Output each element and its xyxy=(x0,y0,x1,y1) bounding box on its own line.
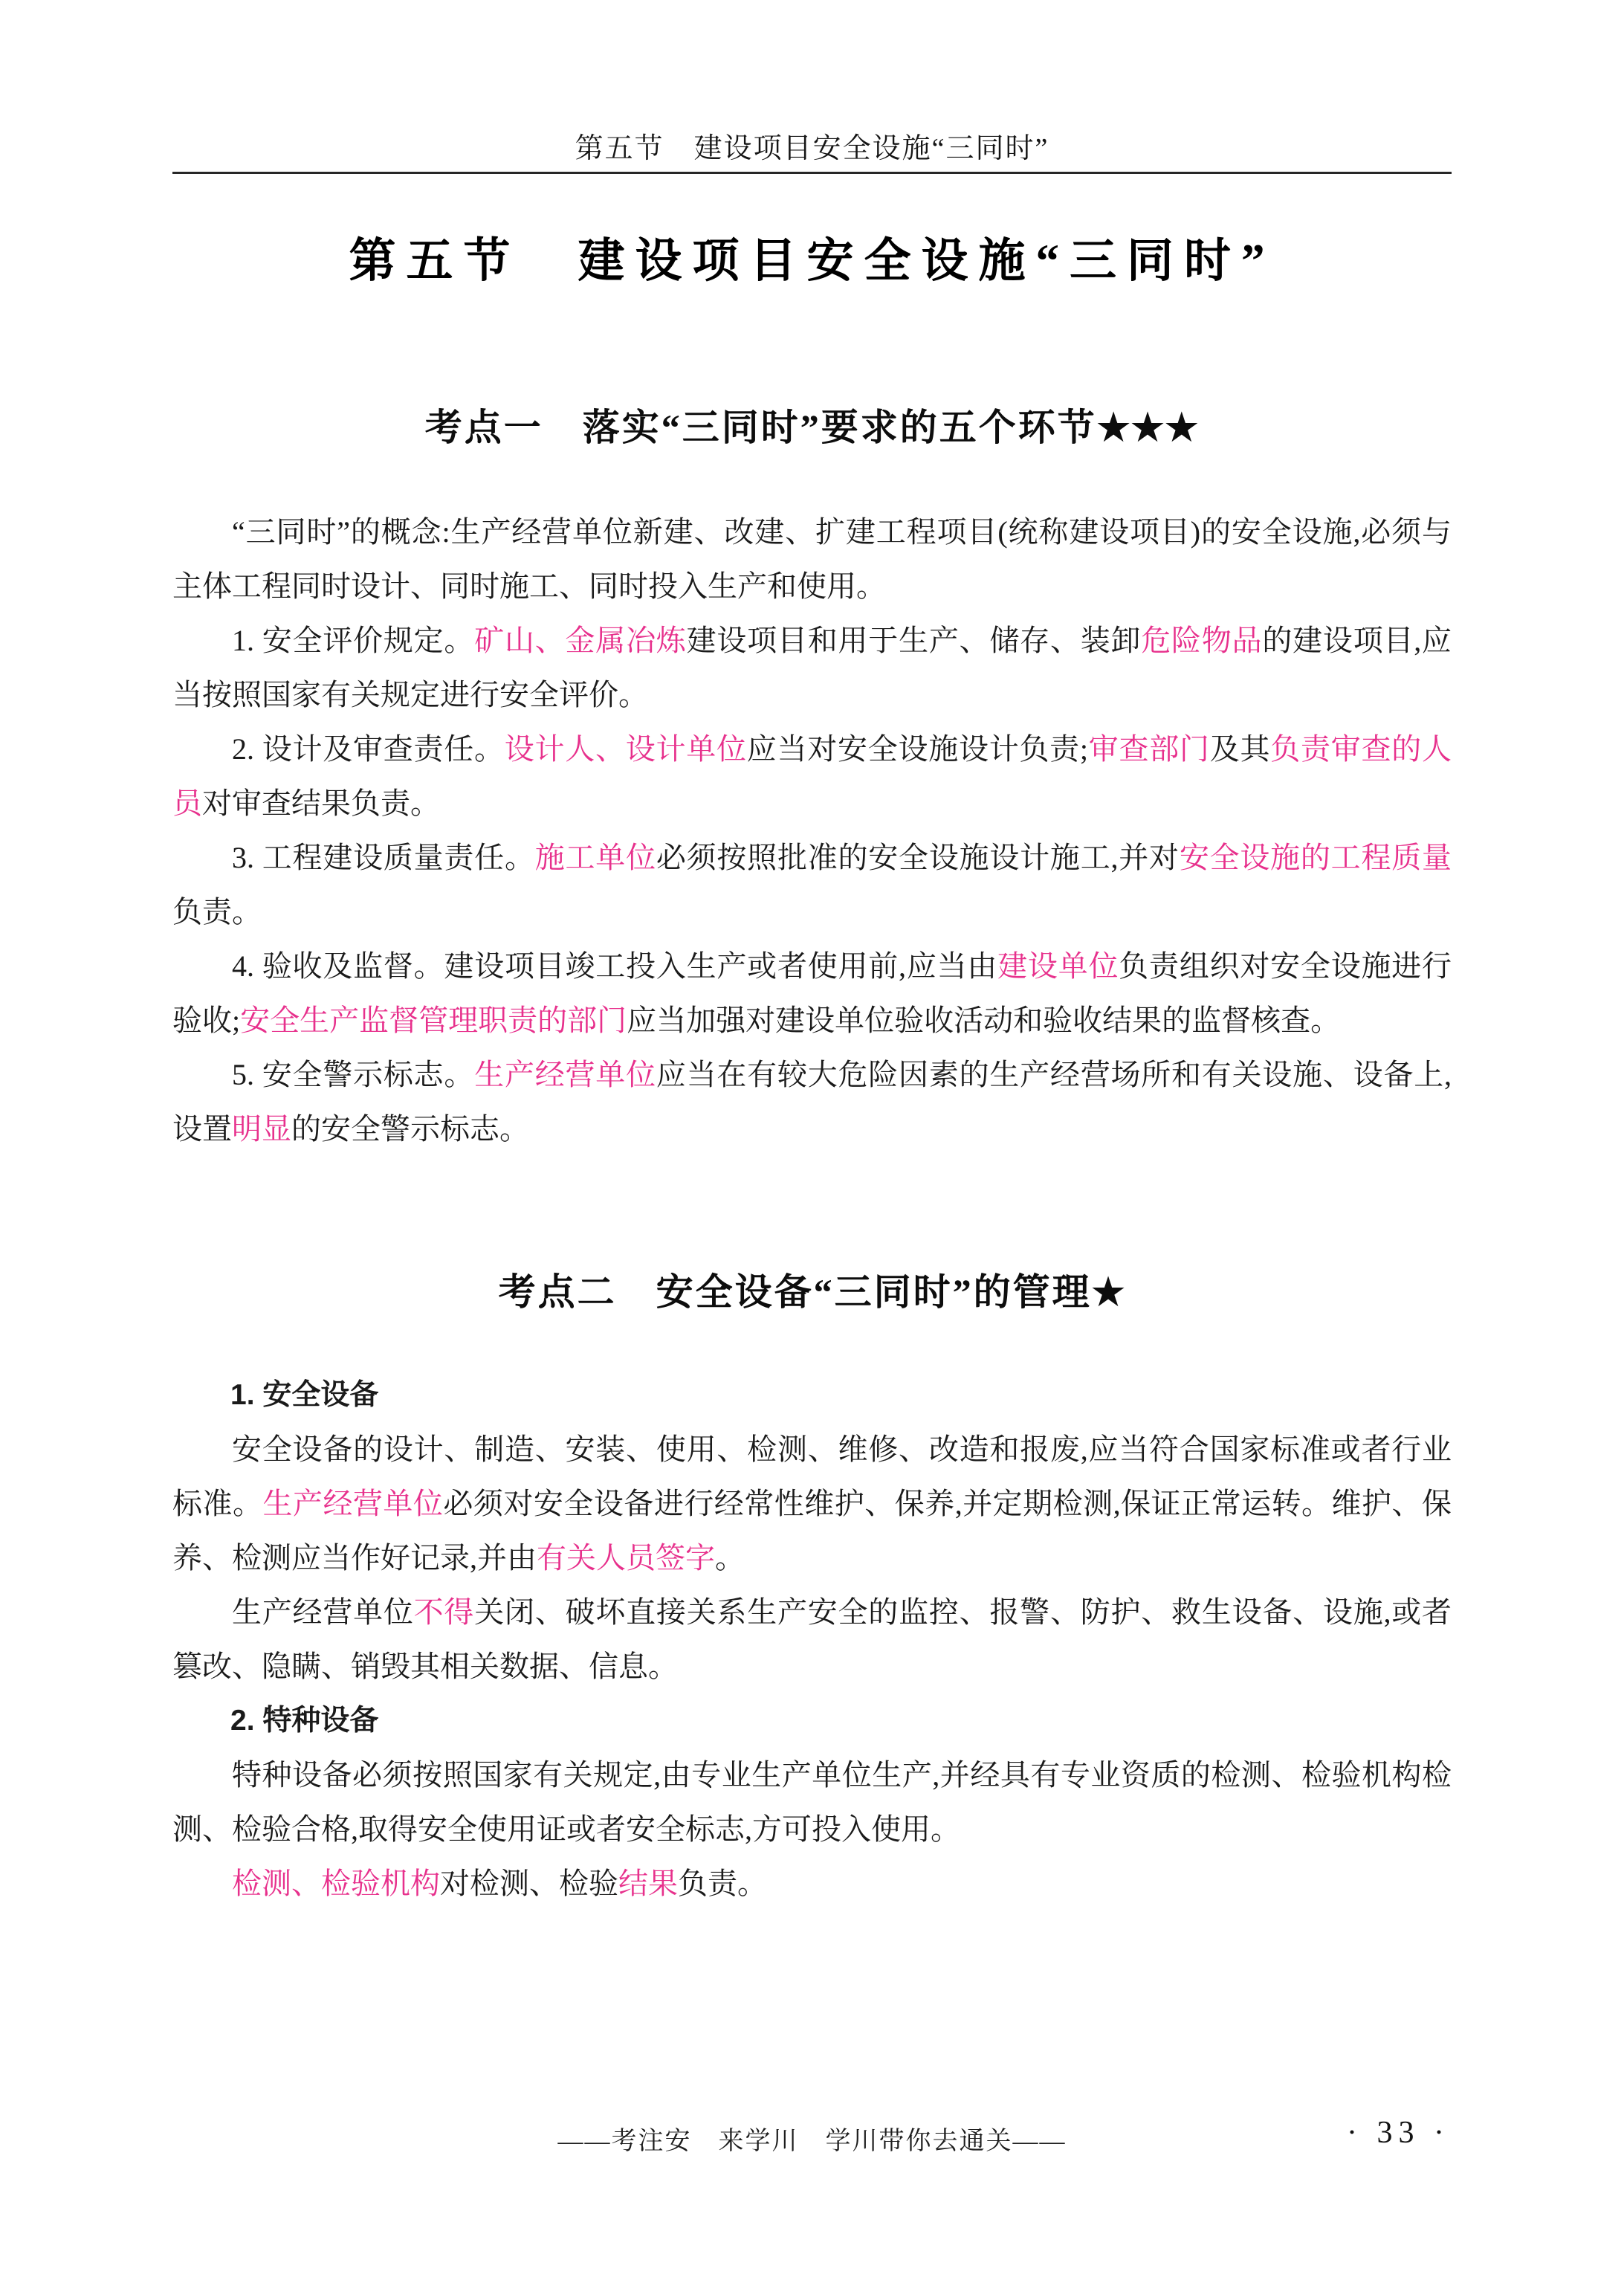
highlighted-text: 安全设施的工程质量 xyxy=(1180,841,1452,874)
highlighted-text: 矿山、金属冶炼 xyxy=(474,624,686,657)
body-text: 对审查结果负责。 xyxy=(202,787,440,820)
section-heading-1-text: 考点一 落实“三同时”要求的五个环节 xyxy=(425,407,1097,448)
section-heading-2-text: 考点二 安全设备“三同时”的管理 xyxy=(499,1271,1092,1313)
highlighted-text: 有关人员签字 xyxy=(537,1541,715,1575)
body-text: 的安全警示标志。 xyxy=(291,1112,529,1146)
body-text: 2. 设计及审查责任。 xyxy=(232,732,505,766)
paragraph: 5. 安全警示标志。生产经营单位应当在有较大危险因素的生产经营场所和有关设施、设… xyxy=(172,1047,1452,1156)
body-text: 特种设备必须按照国家有关规定,由专业生产单位生产,并经具有专业资质的检测、检验机… xyxy=(172,1758,1452,1846)
paragraph: 2. 设计及审查责任。设计人、设计单位应当对安全设施设计负责;审查部门及其负责审… xyxy=(172,722,1452,830)
highlighted-text: 审查部门 xyxy=(1088,732,1210,766)
body-text: 必须按照批准的安全设施设计施工,并对 xyxy=(656,841,1180,874)
highlighted-text: 设计人、设计单位 xyxy=(505,732,747,766)
subheading: 2. 特种设备 xyxy=(172,1693,1452,1748)
highlighted-text: 不得 xyxy=(414,1595,475,1629)
highlighted-text: 结果 xyxy=(618,1867,678,1900)
paragraph: 检测、检验机构对检测、检验结果负责。 xyxy=(172,1856,1452,1911)
body-text: 及其 xyxy=(1210,732,1271,766)
body-text: 负责。 xyxy=(172,895,262,929)
running-header: 第五节 建设项目安全设施“三同时” xyxy=(0,125,1624,166)
star-icon: ★ xyxy=(1092,1271,1126,1313)
section-1-body: “三同时”的概念:生产经营单位新建、改建、扩建工程项目(统称建设项目)的安全设施… xyxy=(172,505,1452,1156)
section-heading-2: 考点二 安全设备“三同时”的管理★ xyxy=(0,1262,1624,1316)
body-text: 建设项目和用于生产、储存、装卸 xyxy=(687,624,1142,657)
highlighted-text: 危险物品 xyxy=(1141,624,1262,657)
section-2-body: 1. 安全设备安全设备的设计、制造、安装、使用、检测、维修、改造和报废,应当符合… xyxy=(172,1368,1452,1911)
paragraph: 4. 验收及监督。建设项目竣工投入生产或者使用前,应当由建设单位负责组织对安全设… xyxy=(172,939,1452,1047)
star-icons: ★★★ xyxy=(1097,407,1199,448)
highlighted-text: 施工单位 xyxy=(535,841,656,874)
paragraph: 1. 安全评价规定。矿山、金属冶炼建设项目和用于生产、储存、装卸危险物品的建设项… xyxy=(172,613,1452,722)
highlighted-text: 明显 xyxy=(232,1112,291,1146)
subheading: 1. 安全设备 xyxy=(172,1368,1452,1422)
body-text: 。 xyxy=(715,1541,745,1575)
paragraph: 3. 工程建设质量责任。施工单位必须按照批准的安全设施设计施工,并对安全设施的工… xyxy=(172,830,1452,939)
paragraph: 生产经营单位不得关闭、破坏直接关系生产安全的监控、报警、防护、救生设备、设施,或… xyxy=(172,1585,1452,1693)
highlighted-text: 建设单位 xyxy=(997,949,1119,983)
paragraph: 特种设备必须按照国家有关规定,由专业生产单位生产,并经具有专业资质的检测、检验机… xyxy=(172,1748,1452,1856)
body-text: 1. 安全评价规定。 xyxy=(232,624,474,657)
chapter-title: 第五节 建设项目安全设施“三同时” xyxy=(0,223,1624,291)
body-text: 5. 安全警示标志。 xyxy=(232,1058,474,1091)
highlighted-text: 安全生产监督管理职责的部门 xyxy=(240,1004,627,1037)
body-text: 应当加强对建设单位验收活动和验收结果的监督核查。 xyxy=(627,1004,1340,1037)
body-text: 应当对安全设施设计负责; xyxy=(747,732,1088,766)
body-text: 1. 安全设备 xyxy=(230,1379,378,1411)
paragraph: “三同时”的概念:生产经营单位新建、改建、扩建工程项目(统称建设项目)的安全设施… xyxy=(172,505,1452,613)
textbook-page: 第五节 建设项目安全设施“三同时” 第五节 建设项目安全设施“三同时” 考点一 … xyxy=(0,0,1624,2283)
body-text: 对检测、检验 xyxy=(440,1867,618,1900)
page-number: · 33 · xyxy=(1347,2115,1450,2151)
highlighted-text: 检测、检验机构 xyxy=(232,1867,440,1900)
body-text: 3. 工程建设质量责任。 xyxy=(232,841,535,874)
highlighted-text: 生产经营单位 xyxy=(262,1487,443,1520)
body-text: “三同时”的概念:生产经营单位新建、改建、扩建工程项目(统称建设项目)的安全设施… xyxy=(172,515,1452,603)
header-rule xyxy=(172,172,1452,174)
body-text: 生产经营单位 xyxy=(232,1595,414,1629)
section-heading-1: 考点一 落实“三同时”要求的五个环节★★★ xyxy=(0,398,1624,451)
highlighted-text: 生产经营单位 xyxy=(474,1058,656,1091)
body-text: 负责。 xyxy=(678,1867,767,1900)
body-text: 2. 特种设备 xyxy=(230,1705,378,1737)
paragraph: 安全设备的设计、制造、安装、使用、检测、维修、改造和报废,应当符合国家标准或者行… xyxy=(172,1422,1452,1585)
body-text: 4. 验收及监督。建设项目竣工投入生产或者使用前,应当由 xyxy=(232,949,997,983)
